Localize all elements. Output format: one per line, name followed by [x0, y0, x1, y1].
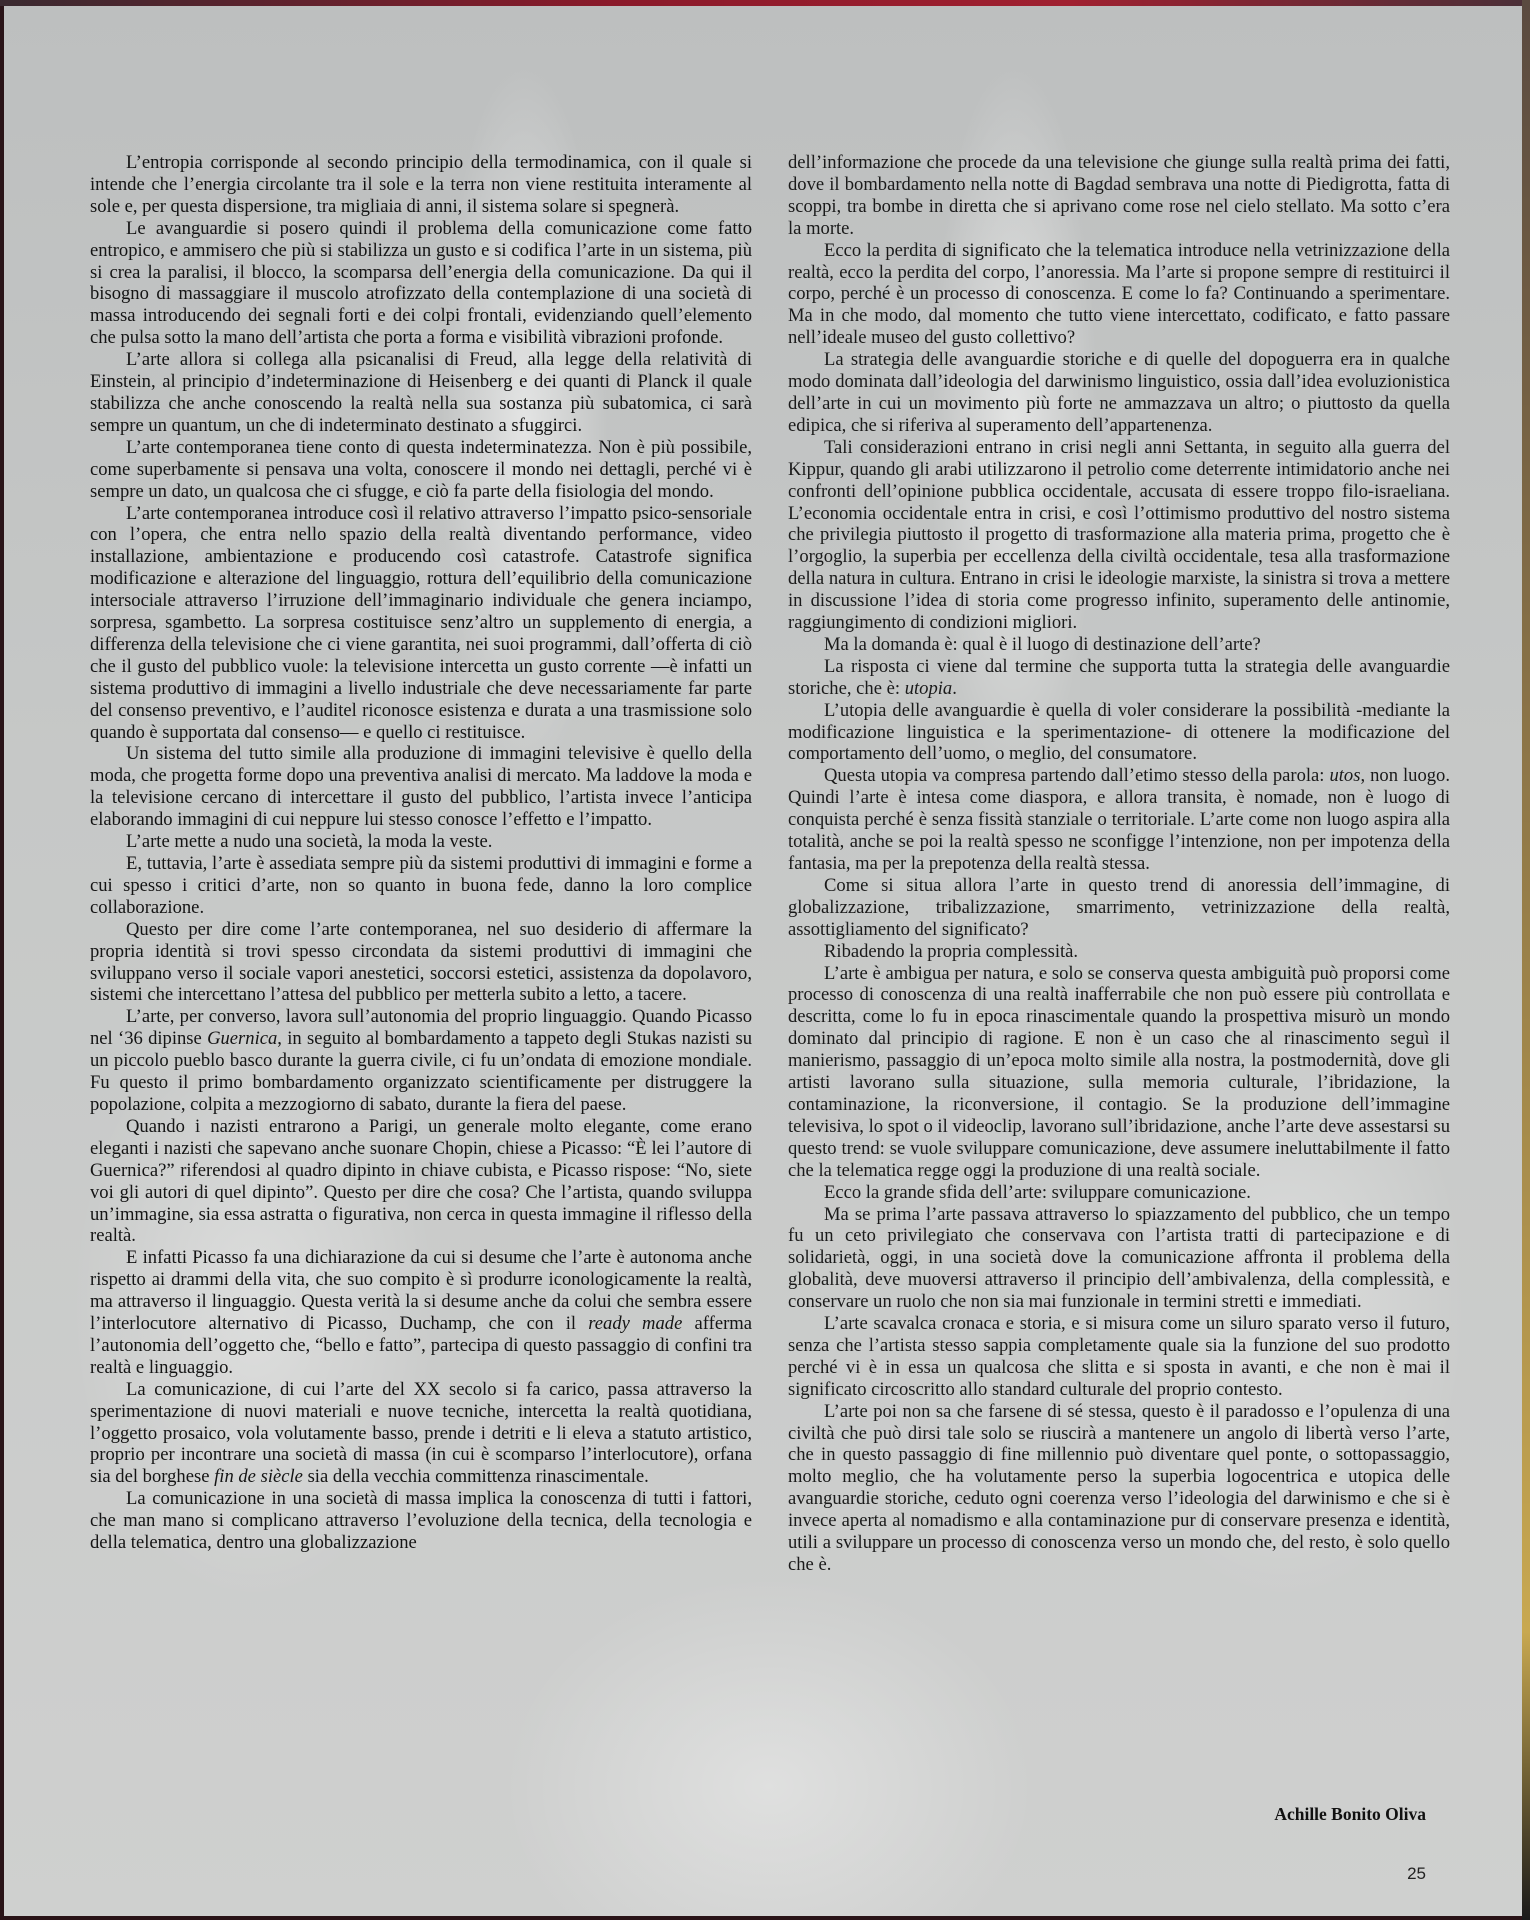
- paragraph: La strategia delle avanguardie storiche …: [788, 349, 1450, 437]
- text-column-right: dell’informazione che procede da una tel…: [788, 152, 1450, 1576]
- paragraph: Un sistema del tutto simile alla produzi…: [90, 743, 752, 831]
- paragraph: La risposta ci viene dal termine che sup…: [788, 656, 1450, 700]
- paragraph: Ma se prima l’arte passava attraverso lo…: [788, 1204, 1450, 1314]
- paragraph: L’utopia delle avanguardie è quella di v…: [788, 700, 1450, 766]
- paragraph: L’arte scavalca cronaca e storia, e si m…: [788, 1313, 1450, 1401]
- paragraph: Questa utopia va compresa partendo dall’…: [788, 765, 1450, 875]
- paragraph: Come si situa allora l’arte in questo tr…: [788, 875, 1450, 941]
- italic-term: Guernica: [207, 1028, 277, 1049]
- paragraph: Ecco la grande sfida dell’arte: sviluppa…: [788, 1182, 1450, 1204]
- paragraph: dell’informazione che procede da una tel…: [788, 152, 1450, 240]
- paragraph: L’arte poi non sa che farsene di sé stes…: [788, 1401, 1450, 1576]
- paragraph: L’entropia corrisponde al secondo princi…: [90, 152, 752, 218]
- paragraph: E infatti Picasso fa una dichiarazione d…: [90, 1247, 752, 1378]
- author-signature: Achille Bonito Oliva: [788, 1804, 1426, 1825]
- paragraph: E, tuttavia, l’arte è assediata sempre p…: [90, 853, 752, 919]
- paragraph: L’arte, per converso, lavora sull’autono…: [90, 1006, 752, 1116]
- page-right-edge: [1522, 0, 1530, 1920]
- paragraph: L’arte mette a nudo una società, la moda…: [90, 831, 752, 853]
- paragraph: Quando i nazisti entrarono a Parigi, un …: [90, 1116, 752, 1247]
- paragraph: Ribadendo la propria complessità.: [788, 941, 1450, 963]
- paragraph: La comunicazione, di cui l’arte del XX s…: [90, 1379, 752, 1489]
- paragraph: Ma la domanda è: qual è il luogo di dest…: [788, 634, 1450, 656]
- paragraph: L’arte contemporanea tiene conto di ques…: [90, 437, 752, 503]
- italic-term: fin de siècle: [214, 1466, 303, 1487]
- paragraph: La comunicazione in una società di massa…: [90, 1488, 752, 1554]
- paragraph: L’arte è ambigua per natura, e solo se c…: [788, 963, 1450, 1182]
- paragraph: Ecco la perdita di significato che la te…: [788, 240, 1450, 350]
- paragraph: Tali considerazioni entrano in crisi neg…: [788, 437, 1450, 634]
- italic-term: utos: [1329, 765, 1360, 786]
- paragraph: Le avanguardie si posero quindi il probl…: [90, 218, 752, 349]
- italic-term: ready made: [588, 1313, 682, 1334]
- paragraph: L’arte allora si collega alla psicanalis…: [90, 349, 752, 437]
- italic-term: utopia: [905, 678, 953, 699]
- text-column-left: L’entropia corrisponde al secondo princi…: [90, 152, 752, 1554]
- paragraph: Questo per dire come l’arte contemporane…: [90, 919, 752, 1007]
- page-number: 25: [1390, 1864, 1426, 1884]
- paragraph: L’arte contemporanea introduce così il r…: [90, 503, 752, 744]
